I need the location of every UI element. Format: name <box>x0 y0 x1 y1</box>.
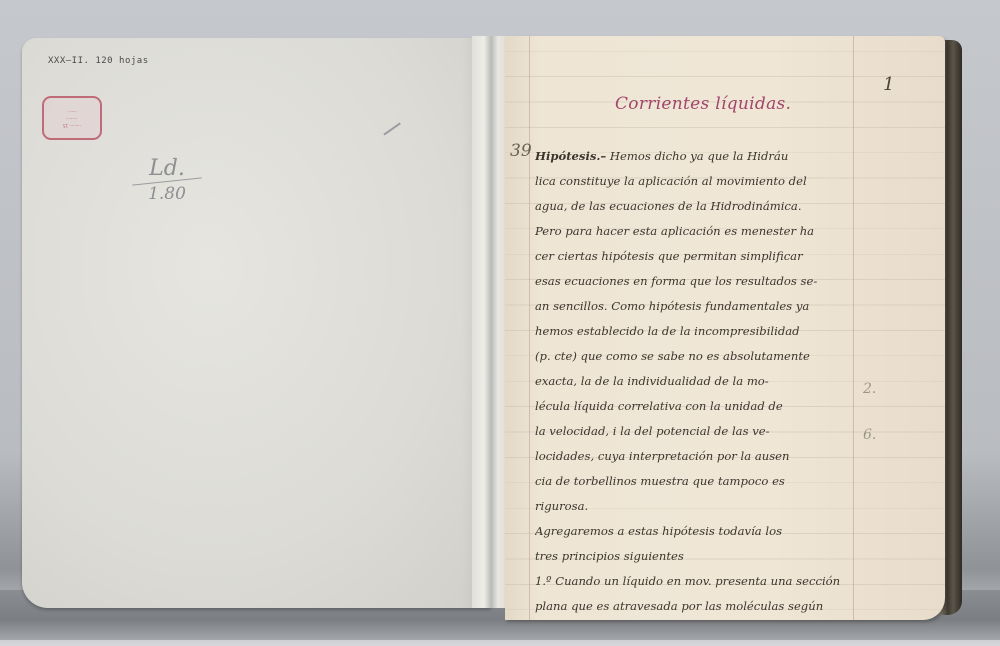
text-line: esas ecuaciones en forma que los resulta… <box>535 269 853 294</box>
text-line: rigurosa. <box>535 494 853 519</box>
section-heading: Hipótesis.– <box>535 149 606 163</box>
text-line: (p. cte) que como se sabe no es absoluta… <box>535 344 853 369</box>
text-line: Hipótesis.– Hemos dicho ya que la Hidráu <box>535 144 853 169</box>
pencil-note-numerator: Ld. <box>132 156 202 181</box>
left-margin-line <box>529 36 530 620</box>
text-line: Agregaremos a estas hipótesis todavía lo… <box>535 519 853 544</box>
stamp-line: ········· <box>66 116 77 121</box>
page-number: 1 <box>883 74 894 95</box>
pencil-margin-note: 2. <box>863 366 876 412</box>
text-line: cer ciertas hipótesis que permitan simpl… <box>535 244 853 269</box>
text-line: Pero para hacer esta aplicación es menes… <box>535 219 853 244</box>
text-line: la velocidad, i la del potencial de las … <box>535 419 853 444</box>
text-line: locidades, cuya interpretación por la au… <box>535 444 853 469</box>
text-line: agua, de las ecuaciones de la Hidrodinám… <box>535 194 853 219</box>
shelfmark-label: XXX–II. 120 hojas <box>48 56 149 66</box>
right-margin-line <box>853 36 854 620</box>
text-line: 1.º Cuando un líquido en mov. presenta u… <box>535 569 853 594</box>
text-line: lica constituye la aplicación al movimie… <box>535 169 853 194</box>
right-page: 1 Corrientes líquidas. 39 Hipótesis.– He… <box>505 36 945 620</box>
pencil-price-note: Ld. 1.80 <box>132 156 202 204</box>
pencil-mark <box>383 122 400 135</box>
pencil-margin-note: 6. <box>863 412 876 458</box>
handwritten-body: Hipótesis.– Hemos dicho ya que la Hidráu… <box>535 144 853 620</box>
stamp-line: ········· 15 <box>63 123 81 128</box>
stamp-line: ······· <box>68 109 77 114</box>
text-line: trayectorias normales a la sección i rec… <box>535 619 853 620</box>
notebook-photo: XXX–II. 120 hojas ······· ········· ····… <box>0 0 1000 646</box>
text-line: lécula líquida correlativa con la unidad… <box>535 394 853 419</box>
text-line: plana que es atravesada por las molécula… <box>535 594 853 619</box>
text-line: exacta, la de la individualidad de la mo… <box>535 369 853 394</box>
text-line: tres principios siguientes <box>535 544 853 569</box>
margin-number: 39 <box>510 141 532 161</box>
pencil-note-denominator: 1.80 <box>132 184 202 204</box>
text-line: an sencillos. Como hipótesis fundamental… <box>535 294 853 319</box>
left-page: XXX–II. 120 hojas ······· ········· ····… <box>22 38 492 608</box>
text-line: cia de torbellinos muestra que tampoco e… <box>535 469 853 494</box>
library-stamp: ······· ········· ········· 15 <box>42 96 102 140</box>
pencil-margin-notes: 2. 6. <box>863 366 876 458</box>
page-title: Corrientes líquidas. <box>615 94 791 114</box>
text-line: hemos establecido la de la incompresibil… <box>535 319 853 344</box>
